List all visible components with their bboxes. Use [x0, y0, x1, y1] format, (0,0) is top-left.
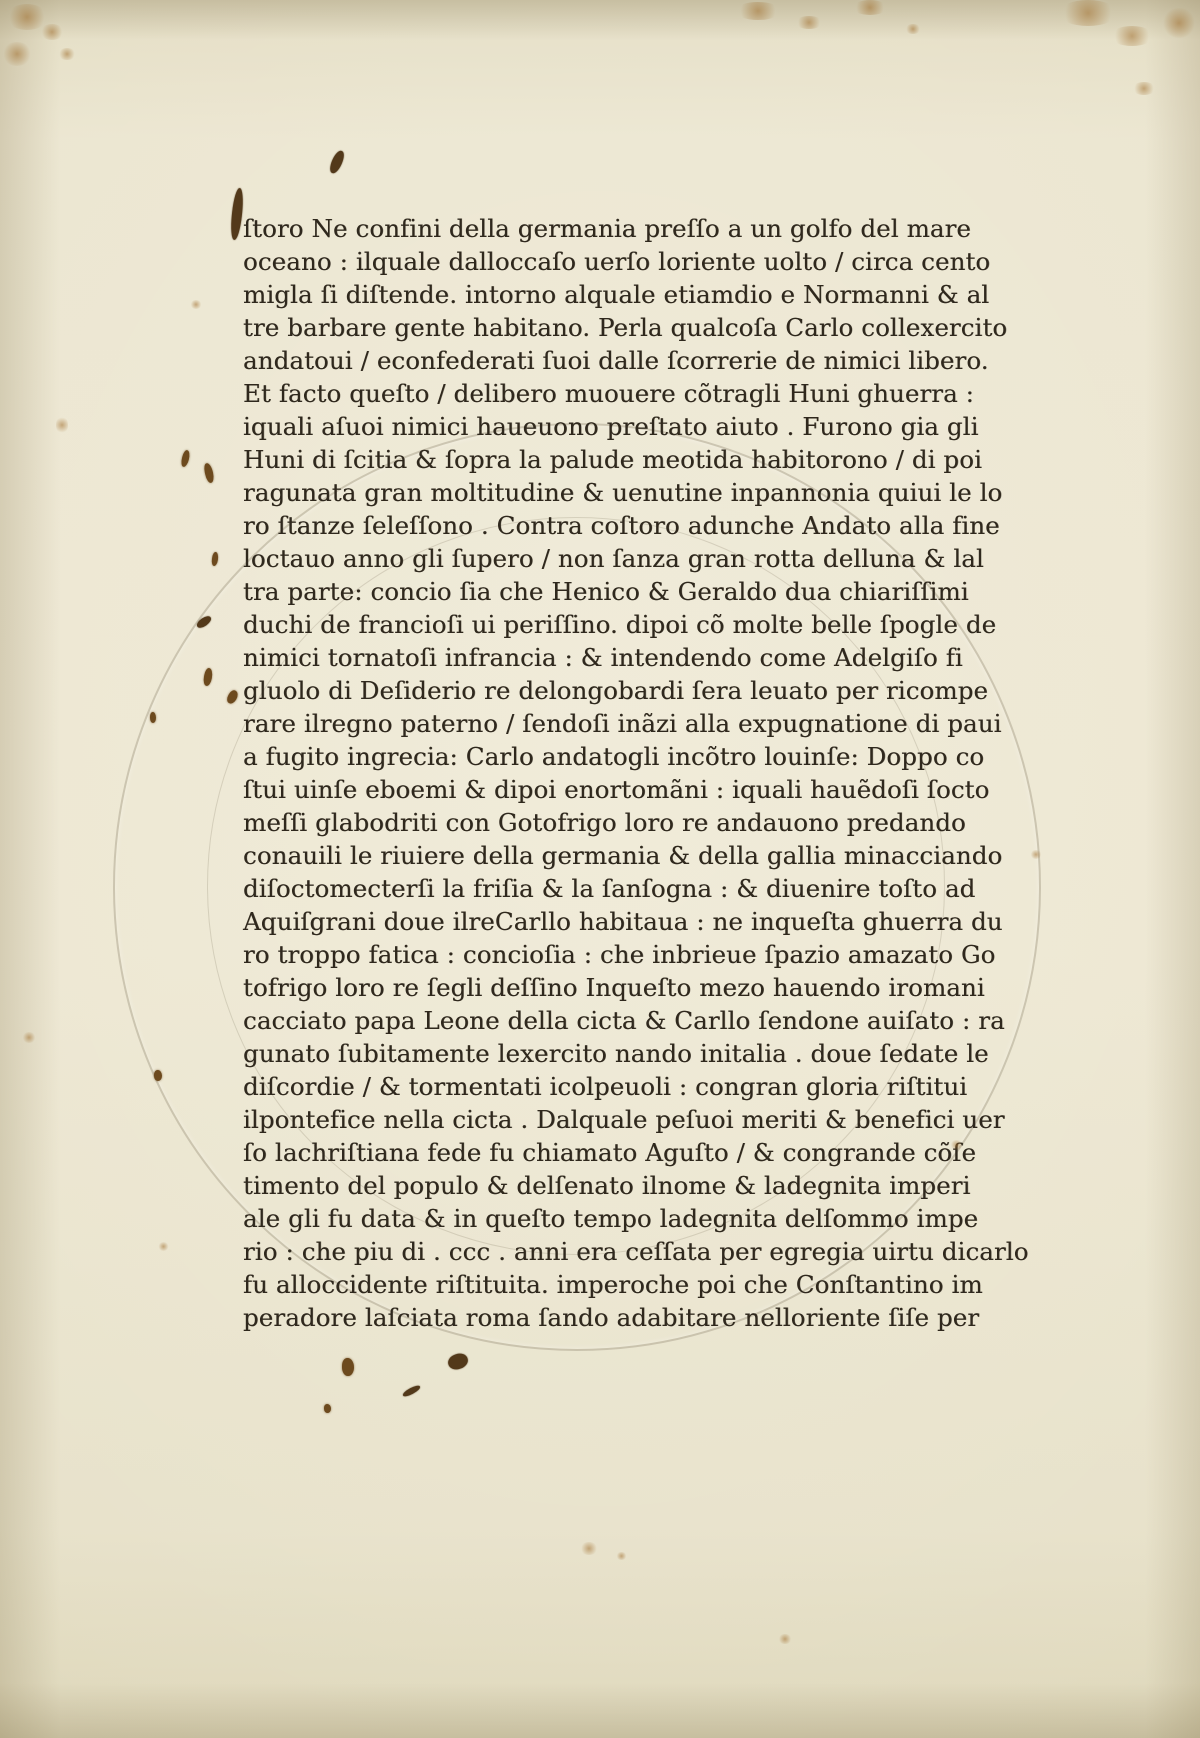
- foxing-spot: [1058, 0, 1118, 26]
- text-line: diſcordie / & tormentati icolpeuoli : co…: [243, 1070, 915, 1103]
- foxing-spot: [1110, 26, 1154, 46]
- foxing-spot: [616, 1552, 627, 1560]
- ink-mark: [328, 149, 347, 175]
- ink-mark: [154, 1070, 162, 1081]
- ink-mark: [180, 449, 191, 467]
- ink-mark: [195, 614, 213, 630]
- text-line: ilpontefice nella cicta . Dalquale peſuo…: [243, 1103, 915, 1136]
- text-line: rare ilregno paterno / ſendoſi inãzi all…: [243, 707, 915, 740]
- text-line: ragunata gran moltitudine & uenutine inp…: [243, 476, 915, 509]
- text-line: Et facto queſto / delibero muouere cõtra…: [243, 377, 915, 410]
- text-line: duchi de francioſi ui periſſino. dipoi c…: [243, 608, 915, 641]
- foxing-spot: [1030, 850, 1042, 859]
- foxing-spot: [580, 1542, 598, 1555]
- foxing-spot: [1162, 8, 1196, 38]
- text-line: iquali aſuoi nimici haueuono preſtato ai…: [243, 410, 915, 443]
- foxing-spot: [795, 16, 823, 29]
- text-line: nimici tornatoſi infrancia : & intendend…: [243, 641, 915, 674]
- text-line: ro troppo fatica : concioſia : che inbri…: [243, 938, 915, 971]
- text-line: Huni di ſcitia & ſopra la palude meotida…: [243, 443, 915, 476]
- text-line: conauili le riuiere della germania & del…: [243, 839, 915, 872]
- text-line: gunato ſubitamente lexercito nando inita…: [243, 1037, 915, 1070]
- page-edge-shading-left: [0, 0, 60, 1738]
- ink-mark: [402, 1384, 422, 1398]
- page-edge-shading-right: [1145, 0, 1200, 1738]
- foxing-spot: [778, 1634, 792, 1644]
- foxing-spot: [158, 1242, 169, 1251]
- text-line: peradore laſciata roma ſando adabitare n…: [243, 1301, 915, 1334]
- text-line: gluolo di Deſiderio re delongobardi ſera…: [243, 674, 915, 707]
- foxing-spot: [190, 300, 202, 309]
- text-line: loctauo anno gli ſupero / non ſanza gran…: [243, 542, 915, 575]
- text-line: fu alloccidente riſtituita. imperoche po…: [243, 1268, 915, 1301]
- page-edge-shading-bottom: [0, 1683, 1200, 1738]
- foxing-spot: [905, 24, 921, 34]
- text-line: tra parte: concio ſia che Henico & Geral…: [243, 575, 915, 608]
- foxing-spot: [58, 48, 76, 60]
- foxing-spot: [6, 4, 48, 30]
- text-line: migla ſi diſtende. intorno alquale etiam…: [243, 278, 915, 311]
- text-line: a fugito ingrecia: Carlo andatogli incõt…: [243, 740, 915, 773]
- ink-mark: [225, 689, 240, 706]
- text-line: ſtoro Ne confini della germania preſſo a…: [243, 212, 915, 245]
- foxing-spot: [1132, 82, 1156, 95]
- ink-mark: [324, 1404, 331, 1413]
- text-line: tre barbare gente habitano. Perla qualco…: [243, 311, 915, 344]
- ink-mark: [342, 1358, 354, 1376]
- ink-mark: [203, 462, 215, 483]
- text-line: andatoui / econfederati ſuoi dalle ſcorr…: [243, 344, 915, 377]
- text-line: tofrigo loro re ſegli deſſino Inqueſto m…: [243, 971, 915, 1004]
- ink-mark: [446, 1351, 470, 1371]
- foxing-spot: [735, 2, 781, 20]
- text-line: ro ſtanze ſeleſſono . Contra coſtoro adu…: [243, 509, 915, 542]
- text-line: meſſi glabodriti con Gotofrigo loro re a…: [243, 806, 915, 839]
- text-line: diſoctomecterſi la friſia & la ſanſogna …: [243, 872, 915, 905]
- text-line: cacciato papa Leone della cicta & Carllo…: [243, 1004, 915, 1037]
- foxing-spot: [40, 24, 64, 40]
- foxing-spot: [56, 416, 68, 434]
- text-line: Aquiſgrani doue ilreCarllo habitaua : ne…: [243, 905, 915, 938]
- page-edge-shading-top: [0, 0, 1200, 40]
- text-line: ſtui uinſe eboemi & dipoi enortomãni : i…: [243, 773, 915, 806]
- ink-mark: [150, 712, 156, 723]
- text-block: ſtoro Ne confini della germania preſſo a…: [243, 212, 915, 1334]
- text-line: ſo lachriſtiana fede fu chiamato Aguſto …: [243, 1136, 915, 1169]
- text-line: timento del populo & delſenato ilnome & …: [243, 1169, 915, 1202]
- text-line: ale gli fu data & in queſto tempo ladegn…: [243, 1202, 915, 1235]
- text-line: rio : che piu di . ccc . anni era ceſſat…: [243, 1235, 915, 1268]
- foxing-spot: [22, 1032, 36, 1043]
- manuscript-page: ſtoro Ne confini della germania preſſo a…: [0, 0, 1200, 1738]
- foxing-spot: [2, 42, 32, 66]
- text-line: oceano : ilquale dalloccaſo uerſo lorien…: [243, 245, 915, 278]
- ink-mark: [202, 667, 213, 686]
- ink-mark: [211, 552, 219, 567]
- foxing-spot: [852, 0, 888, 15]
